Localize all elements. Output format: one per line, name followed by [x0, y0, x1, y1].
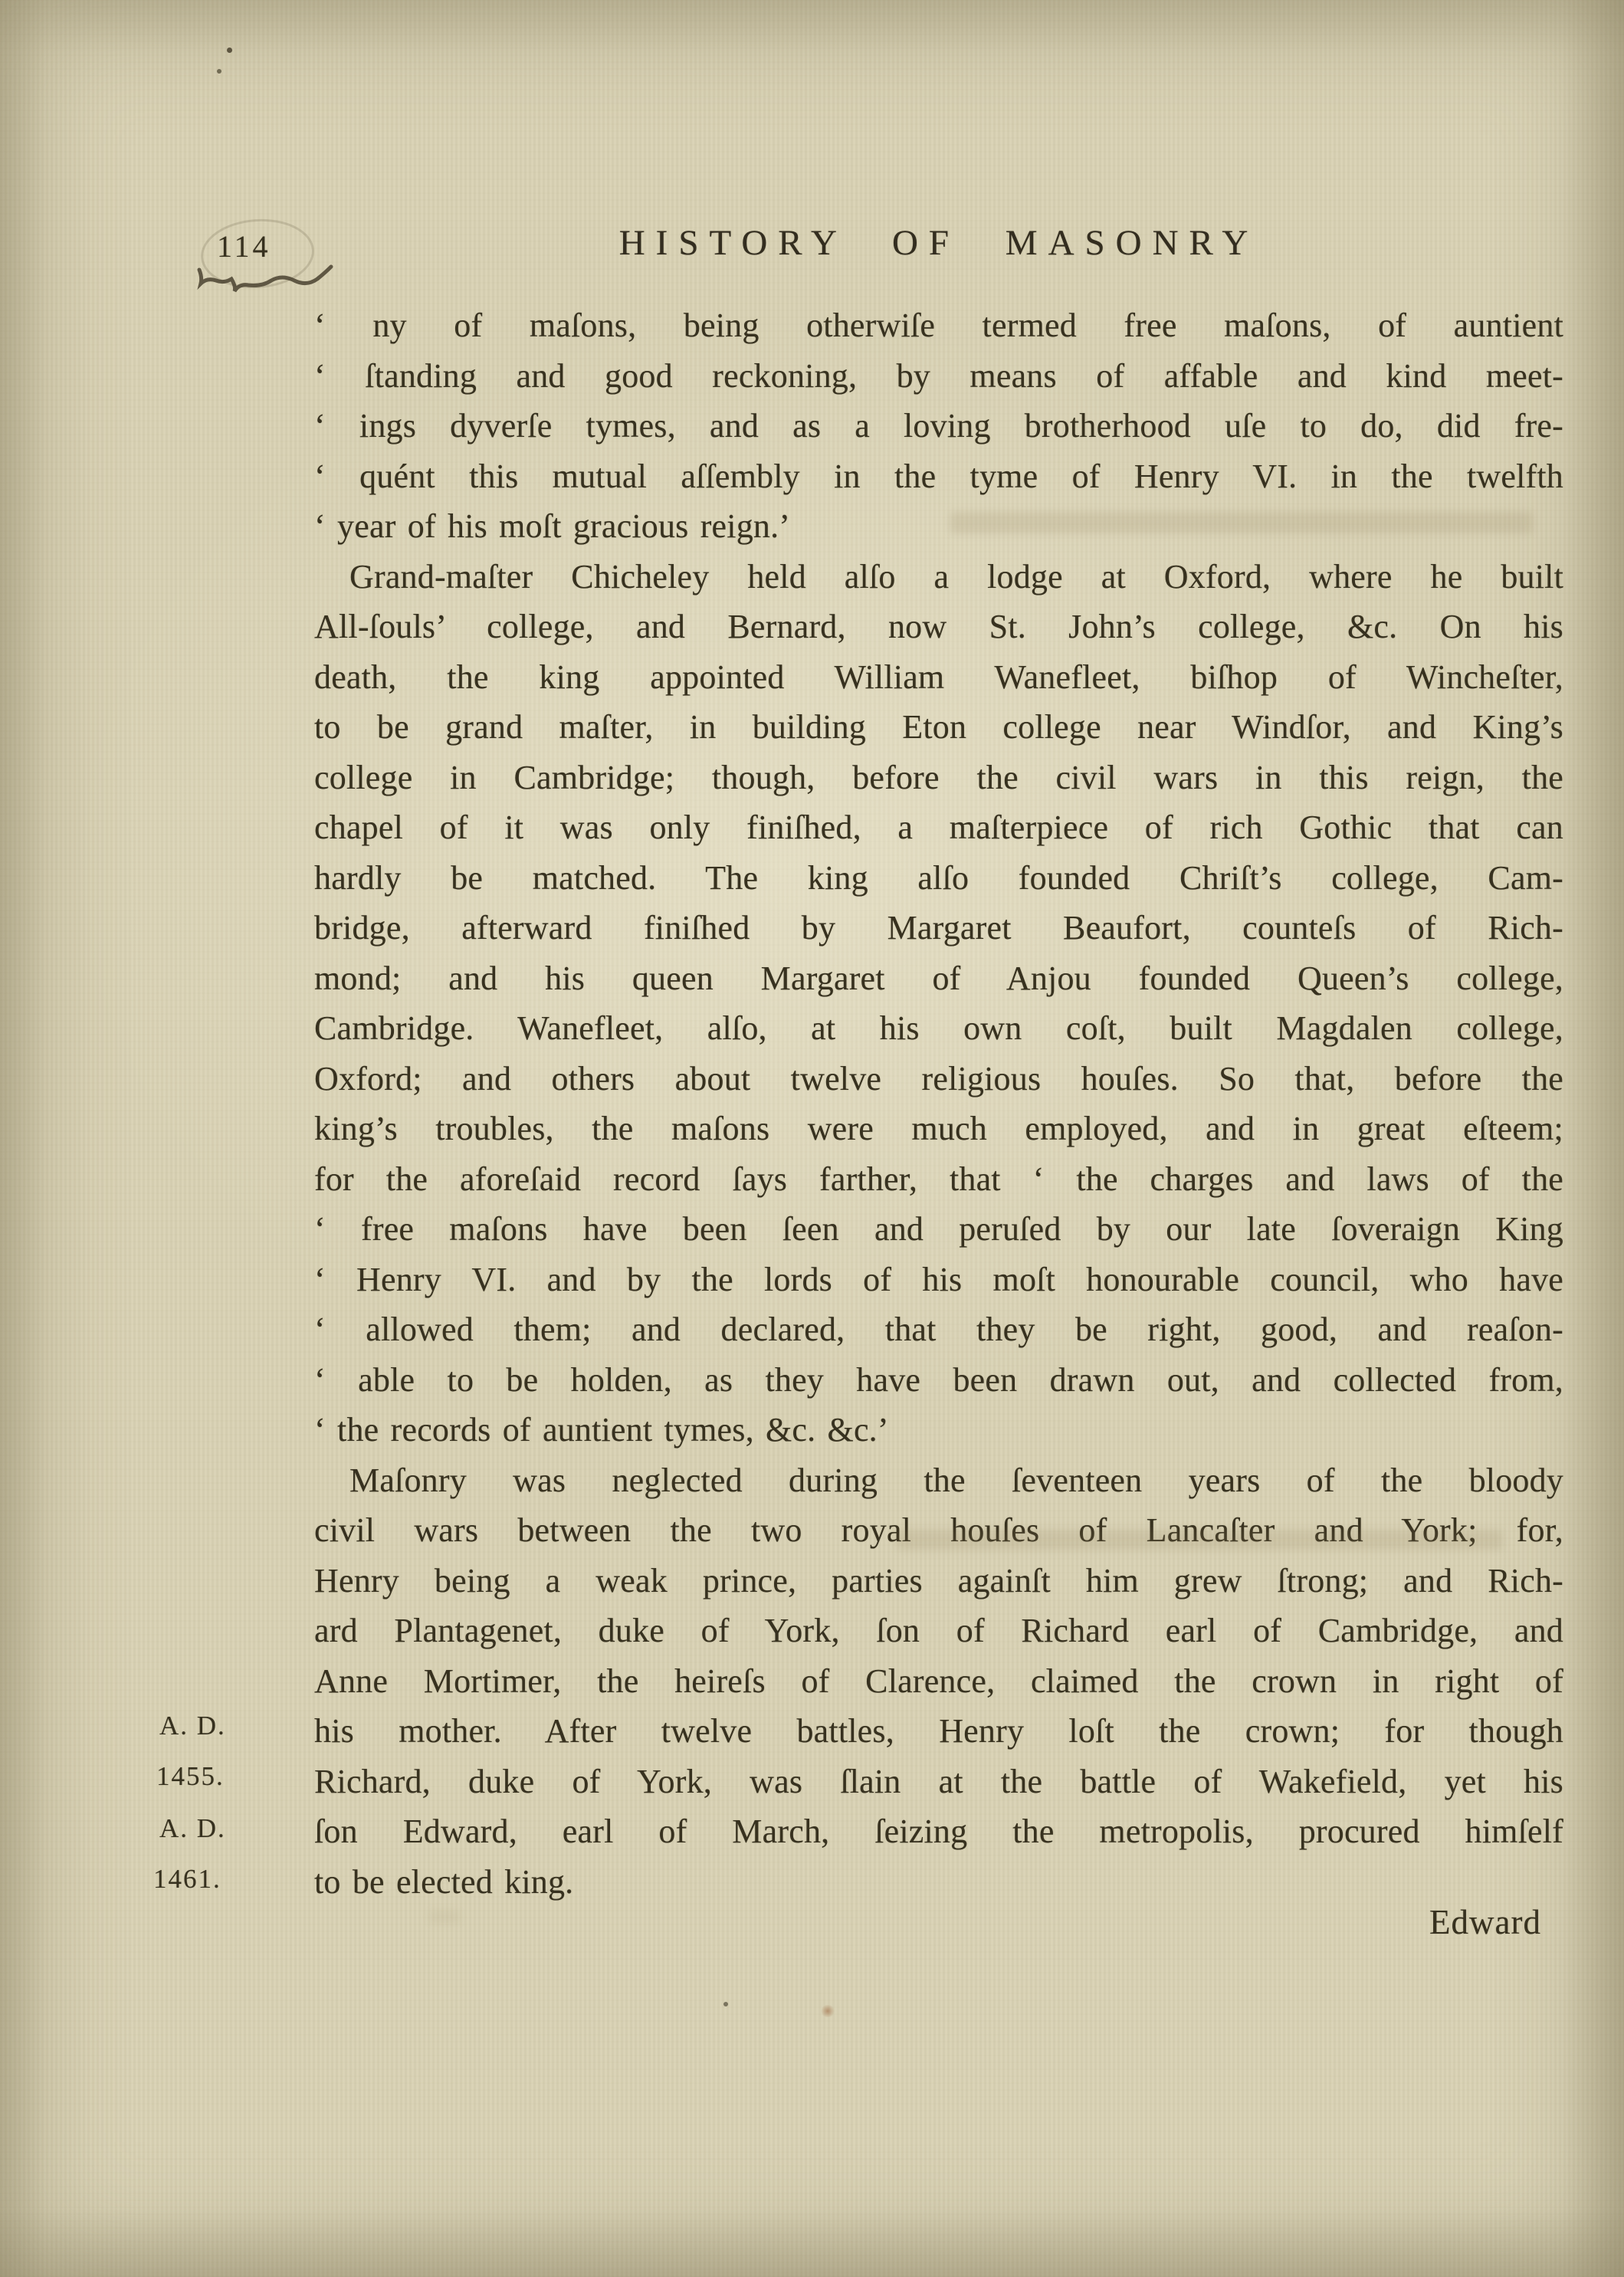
text-line: ard Plantagenet, duke of York, ſon of Ri…	[314, 1606, 1563, 1656]
text-line: Anne Mortimer, the heireſs of Clarence, …	[314, 1656, 1563, 1707]
show-through-smudge	[429, 1910, 460, 1924]
margin-note-ad-label-1: A. D.	[159, 1711, 226, 1741]
catchword: Edward	[1429, 1902, 1541, 1942]
text-line: college in Cambridge; though, before the…	[314, 753, 1563, 803]
text-line: ‘ the records of auntient tymes, &c. &c.…	[314, 1405, 1563, 1455]
body-text: ‘ ny of maſons, being otherwiſe termed f…	[314, 300, 1563, 1907]
text-line: hardly be matched. The king alſo founded…	[314, 853, 1563, 904]
ink-speck	[723, 2002, 728, 2006]
text-line: king’s troubles, the maſons were much em…	[314, 1104, 1563, 1154]
text-line: for the aforeſaid record ſays farther, t…	[314, 1154, 1563, 1205]
text-line: to be elected king.	[314, 1857, 1563, 1908]
text-line: Richard, duke of York, was ſlain at the …	[314, 1757, 1563, 1807]
text-line: Maſonry was neglected during the ſevente…	[314, 1455, 1563, 1506]
text-line: to be grand maſter, in building Eton col…	[314, 702, 1563, 753]
text-line: Cambridge. Wanefleet, alſo, at his own c…	[314, 1003, 1563, 1054]
text-line: his mother. After twelve battles, Henry …	[314, 1706, 1563, 1757]
text-line: ‘ able to be holden, as they have been d…	[314, 1355, 1563, 1406]
paper-stain	[820, 2005, 835, 2017]
book-page-scan: 114 HISTORY OF MASONRY ‘ ny of maſons, b…	[0, 0, 1624, 2277]
margin-note-year-1455: 1455.	[156, 1761, 225, 1792]
text-line: civil wars between the two royal houſes …	[314, 1505, 1563, 1556]
text-line: ‘ quént this mutual aſſembly in the tyme…	[314, 451, 1563, 502]
text-line: Grand-maſter Chicheley held alſo a lodge…	[314, 552, 1563, 602]
ink-speck	[217, 69, 221, 74]
text-line: mond; and his queen Margaret of Anjou fo…	[314, 953, 1563, 1004]
text-line: Oxford; and others about twelve religiou…	[314, 1054, 1563, 1104]
text-line: bridge, afterward finiſhed by Margaret B…	[314, 903, 1563, 953]
margin-note-ad-label-2: A. D.	[159, 1813, 226, 1844]
text-line: ‘ allowed them; and declared, that they …	[314, 1304, 1563, 1355]
text-line: ſon Edward, earl of March, ſeizing the m…	[314, 1806, 1563, 1857]
text-line: ‘ Henry VI. and by the lords of his moſt…	[314, 1255, 1563, 1305]
text-line: ‘ ſtanding and good reckoning, by means …	[314, 351, 1563, 402]
text-line: ‘ year of his moſt gracious reign.’	[314, 501, 1563, 552]
text-line: chapel of it was only finiſhed, a maſter…	[314, 802, 1563, 853]
text-line: ‘ free maſons have been ſeen and peruſed…	[314, 1204, 1563, 1255]
text-line: All-ſouls’ college, and Bernard, now St.…	[314, 602, 1563, 652]
ink-speck	[227, 48, 232, 53]
text-line: ‘ ny of maſons, being otherwiſe termed f…	[314, 300, 1563, 351]
running-title: HISTORY OF MASONRY	[314, 221, 1563, 265]
text-line: death, the king appointed William Wanefl…	[314, 652, 1563, 703]
margin-note-year-1461: 1461.	[153, 1864, 221, 1895]
text-line: Henry being a weak prince, parties again…	[314, 1556, 1563, 1606]
text-line: ‘ ings dyverſe tymes, and as a loving br…	[314, 401, 1563, 451]
